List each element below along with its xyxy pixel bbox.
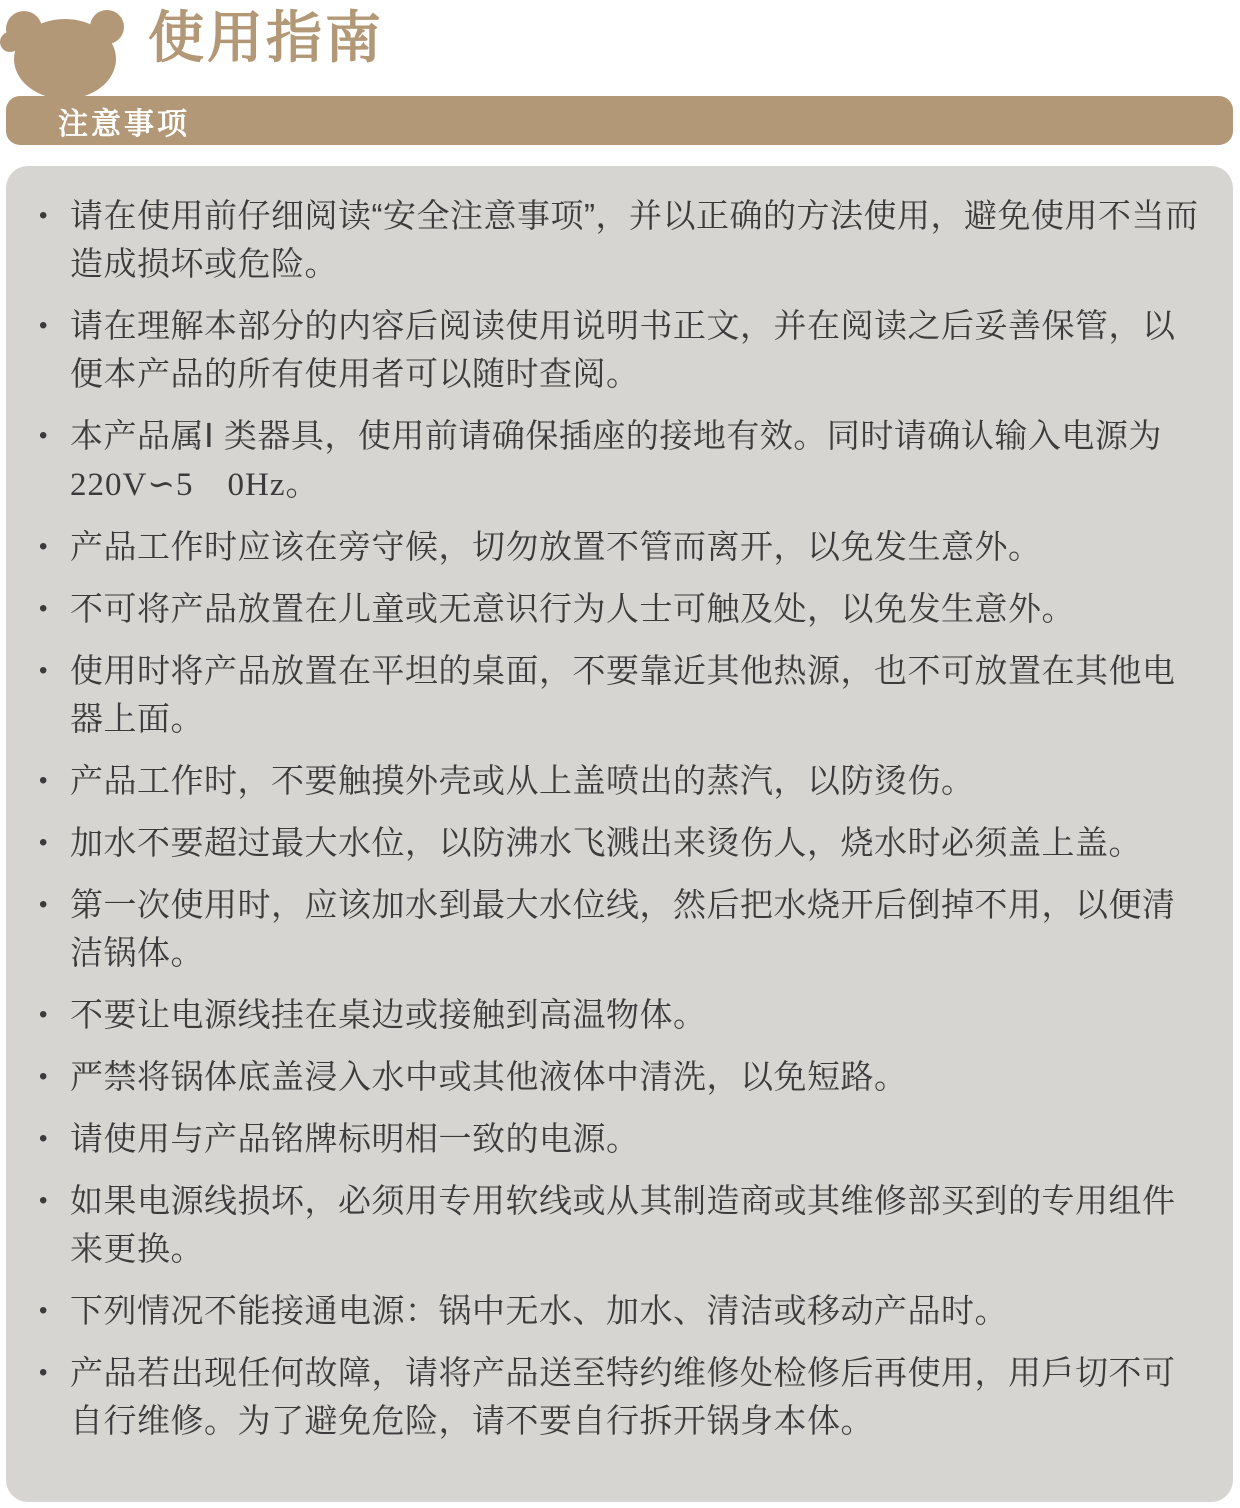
note-item: •产品工作时，不要触摸外壳或从上盖喷出的蒸汽，以防烫伤。 — [34, 757, 1203, 805]
note-item: •加水不要超过最大水位，以防沸水飞溅出来烫伤人，烧水时必须盖上盖。 — [34, 819, 1203, 867]
bullet-dot-icon: • — [34, 192, 70, 240]
page-title: 使用指南 — [148, 0, 384, 74]
note-item: •本产品属Ⅰ 类器具，使用前请确保插座的接地有效。同时请确认输入电源为 220V… — [34, 412, 1203, 509]
note-text: 下列情况不能接通电源：锅中无水、加水、清洁或移动产品时。 — [70, 1287, 1203, 1335]
bear-logo-icon — [0, 2, 134, 98]
note-text: 本产品属Ⅰ 类器具，使用前请确保插座的接地有效。同时请确认输入电源为 220V∽… — [70, 412, 1203, 509]
bullet-dot-icon: • — [34, 412, 70, 460]
bullet-dot-icon: • — [34, 1115, 70, 1163]
bullet-dot-icon: • — [34, 819, 70, 867]
note-item: •不可将产品放置在儿童或无意识行为人士可触及处，以免发生意外。 — [34, 585, 1203, 633]
note-text: 产品若出现任何故障，请将产品送至特约维修处检修后再使用，用戶切不可自行维修。为了… — [70, 1349, 1203, 1445]
note-text: 产品工作时，不要触摸外壳或从上盖喷出的蒸汽，以防烫伤。 — [70, 757, 1203, 805]
notes-panel: •请在使用前仔细阅读“安全注意事项”，并以正确的方法使用，避免使用不当而造成损坏… — [6, 166, 1233, 1502]
note-text: 不要让电源线挂在桌边或接触到高温物体。 — [70, 991, 1203, 1039]
note-item: •使用时将产品放置在平坦的桌面，不要靠近其他热源，也不可放置在其他电器上面。 — [34, 647, 1203, 743]
note-item: •如果电源线损坏，必须用专用软线或从其制造商或其维修部买到的专用组件来更换。 — [34, 1177, 1203, 1273]
bullet-dot-icon: • — [34, 647, 70, 695]
note-item: •请使用与产品铭牌标明相一致的电源。 — [34, 1115, 1203, 1163]
section-header-notes: 注意事项 — [6, 96, 1233, 145]
bullet-dot-icon: • — [34, 523, 70, 571]
note-item: •下列情况不能接通电源：锅中无水、加水、清洁或移动产品时。 — [34, 1287, 1203, 1335]
note-text: 产品工作时应该在旁守候，切勿放置不管而离开，以免发生意外。 — [70, 523, 1203, 571]
note-item: •请在使用前仔细阅读“安全注意事项”，并以正确的方法使用，避免使用不当而造成损坏… — [34, 192, 1203, 288]
bullet-dot-icon: • — [34, 1287, 70, 1335]
notes-list: •请在使用前仔细阅读“安全注意事项”，并以正确的方法使用，避免使用不当而造成损坏… — [34, 192, 1203, 1445]
note-text: 请使用与产品铭牌标明相一致的电源。 — [70, 1115, 1203, 1163]
page-header: 使用指南 — [0, 0, 1240, 96]
note-item: •产品工作时应该在旁守候，切勿放置不管而离开，以免发生意外。 — [34, 523, 1203, 571]
bullet-dot-icon: • — [34, 1053, 70, 1101]
note-text: 请在使用前仔细阅读“安全注意事项”，并以正确的方法使用，避免使用不当而造成损坏或… — [70, 192, 1203, 288]
note-item: •第一次使用时，应该加水到最大水位线，然后把水烧开后倒掉不用，以便清洁锅体。 — [34, 881, 1203, 977]
bullet-dot-icon: • — [34, 1177, 70, 1225]
note-text: 第一次使用时，应该加水到最大水位线，然后把水烧开后倒掉不用，以便清洁锅体。 — [70, 881, 1203, 977]
note-text: 如果电源线损坏，必须用专用软线或从其制造商或其维修部买到的专用组件来更换。 — [70, 1177, 1203, 1273]
note-item: •不要让电源线挂在桌边或接触到高温物体。 — [34, 991, 1203, 1039]
bullet-dot-icon: • — [34, 302, 70, 350]
note-item: •严禁将锅体底盖浸入水中或其他液体中清洗，以免短路。 — [34, 1053, 1203, 1101]
section-label: 注意事项 — [58, 99, 190, 143]
note-text: 加水不要超过最大水位，以防沸水飞溅出来烫伤人，烧水时必须盖上盖。 — [70, 819, 1203, 867]
note-item: •产品若出现任何故障，请将产品送至特约维修处检修后再使用，用戶切不可自行维修。为… — [34, 1349, 1203, 1445]
note-item: •请在理解本部分的内容后阅读使用说明书正文，并在阅读之后妥善保管，以便本产品的所… — [34, 302, 1203, 398]
note-text: 严禁将锅体底盖浸入水中或其他液体中清洗，以免短路。 — [70, 1053, 1203, 1101]
note-text: 请在理解本部分的内容后阅读使用说明书正文，并在阅读之后妥善保管，以便本产品的所有… — [70, 302, 1203, 398]
bullet-dot-icon: • — [34, 881, 70, 929]
bullet-dot-icon: • — [34, 757, 70, 805]
voltage-text: 220V∽5 0Hz。 — [70, 467, 319, 503]
bullet-dot-icon: • — [34, 585, 70, 633]
bullet-dot-icon: • — [34, 1349, 70, 1397]
note-text: 不可将产品放置在儿童或无意识行为人士可触及处，以免发生意外。 — [70, 585, 1203, 633]
note-text: 使用时将产品放置在平坦的桌面，不要靠近其他热源，也不可放置在其他电器上面。 — [70, 647, 1203, 743]
bullet-dot-icon: • — [34, 991, 70, 1039]
